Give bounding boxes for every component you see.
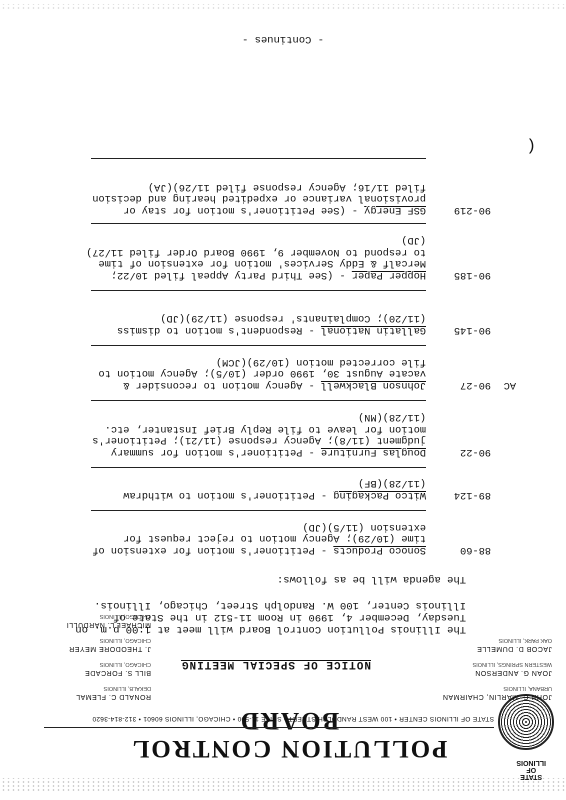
board-members-left: John C. Marlin, ChairmanUrbana, Illinois… xyxy=(442,628,552,700)
notice-title: NOTICE OF SPECIAL MEETING xyxy=(181,658,371,670)
letterhead-rule xyxy=(44,727,494,728)
docket-number: 90-185 xyxy=(454,269,491,281)
docket-number: 90-219 xyxy=(454,204,491,216)
separator xyxy=(91,345,426,346)
party-name: Witco Packaging xyxy=(333,489,426,501)
separator xyxy=(91,290,426,291)
seal-caption: STATE OF ILLINOIS xyxy=(516,759,546,780)
party-name: Hopper Paper xyxy=(352,269,426,281)
party-name: Johnson Blackwell xyxy=(321,379,426,391)
separator xyxy=(91,223,426,224)
board-member: John C. Marlin, ChairmanUrbana, Illinois xyxy=(442,684,552,700)
separator xyxy=(91,400,426,401)
document-page: STATE OF ILLINOIS POLLUTION CONTROL BOAR… xyxy=(0,0,566,800)
party-name: Douglas Furniture xyxy=(321,446,426,458)
docket-number: 90-145 xyxy=(454,324,491,336)
docket-number: 88-60 xyxy=(460,544,491,556)
separator xyxy=(91,467,426,468)
board-member: Ronald C. FlemalDeKalb, Illinois xyxy=(66,684,151,700)
notice-intro: The Illinois Pollution Control Board wil… xyxy=(66,599,466,635)
board-member: Jacob D. DumelleOak Park, Illinois xyxy=(442,636,552,652)
continued-label: - Continues - xyxy=(0,33,566,45)
board-member: Bill S. ForcadeChicago, Illinois xyxy=(66,660,151,676)
scan-noise xyxy=(0,4,566,10)
docket-number: 90-22 xyxy=(460,446,491,458)
agenda-lead: The agenda will be as follows: xyxy=(277,573,466,585)
letterhead-address: State of Illinois Center • 100 West Rand… xyxy=(34,715,494,722)
board-member: Joan G. AndersonWestern Springs, Illinoi… xyxy=(442,660,552,676)
scan-noise xyxy=(0,778,566,792)
party-name: Gallatin National xyxy=(321,324,426,336)
state-seal-icon xyxy=(498,694,554,750)
separator xyxy=(91,510,426,511)
party-name: Sonoco Products xyxy=(333,544,426,556)
handwritten-mark: ( xyxy=(526,137,536,155)
separator xyxy=(91,158,426,159)
docket-number: 90-27 xyxy=(460,379,491,391)
docket-number: 89-124 xyxy=(454,489,491,501)
party-name: GSF Energy xyxy=(364,204,426,216)
board-member: J. Theodore MeyerChicago, Illinois xyxy=(66,636,151,652)
